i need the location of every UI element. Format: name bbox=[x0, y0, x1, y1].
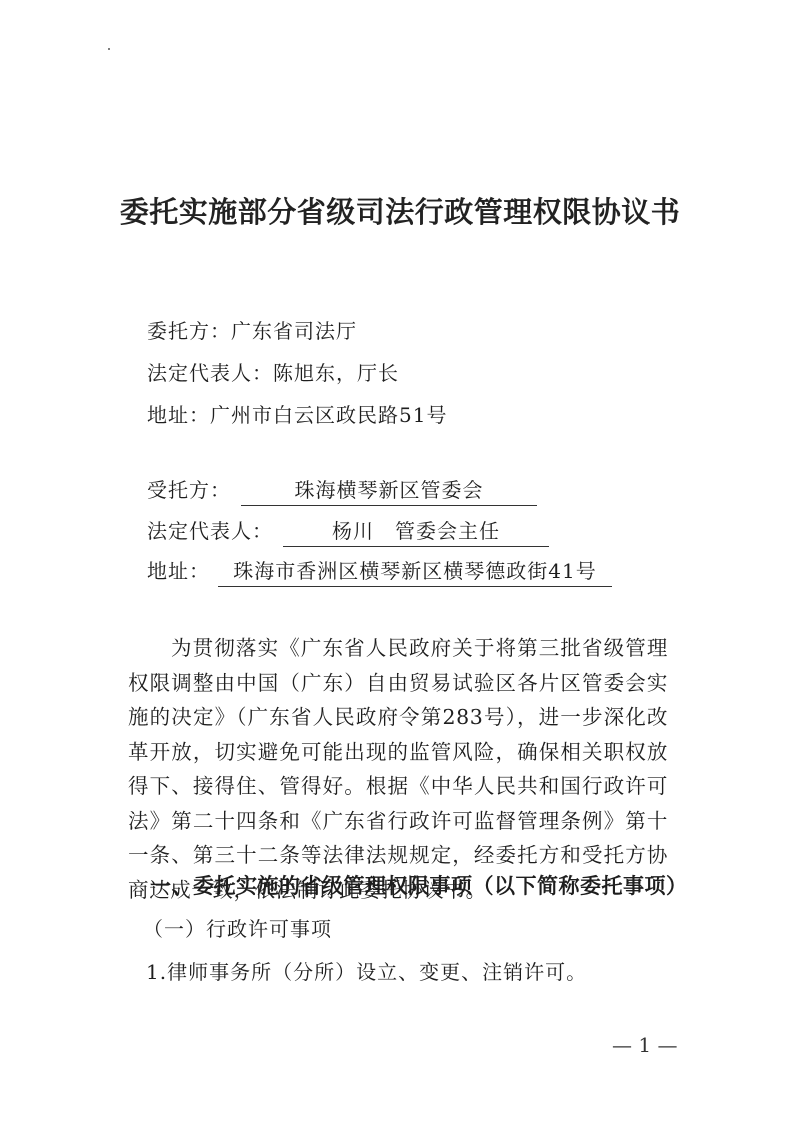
preamble-paragraph: 为贯彻落实《广东省人民政府关于将第三批省级管理权限调整由中国（广东）自由贸易试验… bbox=[128, 631, 668, 907]
entrusted-party-label: 受托方： bbox=[147, 478, 231, 502]
subsection-heading: （一）行政许可事项 bbox=[143, 913, 332, 942]
entrusted-rep-value: 杨川 管委会主任 bbox=[283, 515, 549, 547]
entrusted-party-name: 珠海横琴新区管委会 bbox=[241, 474, 537, 506]
entrusting-party-name: 广东省司法厅 bbox=[231, 319, 357, 343]
section-heading: 一、委托实施的省级管理权限事项（以下简称委托事项） bbox=[150, 870, 688, 900]
scan-speck bbox=[108, 48, 110, 50]
entrusting-party-line: 委托方：广东省司法厅 bbox=[147, 315, 357, 344]
entrusted-rep-label: 法定代表人： bbox=[147, 519, 273, 543]
entrusting-address-line: 地址：广州市白云区政民路51号 bbox=[147, 399, 447, 428]
entrusting-address-value: 广州市白云区政民路51号 bbox=[210, 403, 447, 427]
entrusting-rep-value: 陈旭东，厅长 bbox=[273, 361, 399, 385]
entrusted-address-label: 地址： bbox=[147, 559, 210, 583]
preamble-text: 为贯彻落实《广东省人民政府关于将第三批省级管理权限调整由中国（广东）自由贸易试验… bbox=[128, 631, 668, 907]
entrusted-address-value: 珠海市香洲区横琴新区横琴德政街41号 bbox=[218, 555, 612, 587]
entrusting-rep-label: 法定代表人： bbox=[147, 361, 273, 385]
entrusting-address-label: 地址： bbox=[147, 403, 210, 427]
entrusting-party-label: 委托方： bbox=[147, 319, 231, 343]
document-title: 委托实施部分省级司法行政管理权限协议书 bbox=[0, 190, 800, 231]
list-item: 1.律师事务所（分所）设立、变更、注销许可。 bbox=[146, 956, 587, 985]
entrusting-rep-line: 法定代表人：陈旭东，厅长 bbox=[147, 357, 399, 386]
entrusted-address-line: 地址：珠海市香洲区横琴新区横琴德政街41号 bbox=[147, 555, 612, 587]
entrusted-party-line: 受托方：珠海横琴新区管委会 bbox=[147, 474, 537, 506]
page-number: — 1 — bbox=[612, 1033, 677, 1057]
entrusted-rep-line: 法定代表人：杨川 管委会主任 bbox=[147, 515, 549, 547]
